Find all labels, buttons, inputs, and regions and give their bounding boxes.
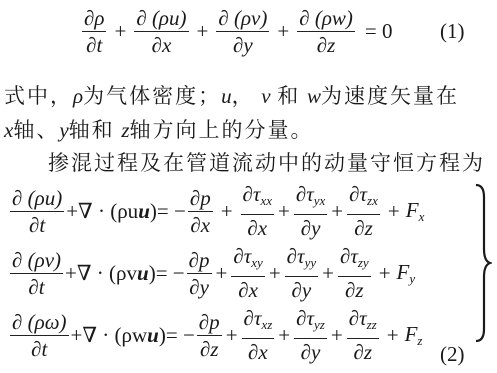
right-brace-icon — [474, 183, 492, 343]
equation-1-rhs: = 0 — [365, 19, 393, 44]
equation-1-label: (1) — [440, 19, 465, 44]
momentum-eq-z: ∂ (ρω)∂t +∇ · (ρwu) = − ∂p∂z + ∂τxz∂x + … — [8, 304, 468, 366]
momentum-eq-y: ∂ (ρv)∂t +∇ · (ρvu) = − ∂p∂y + ∂τxy∂x + … — [8, 242, 468, 304]
momentum-eq-x: ∂ (ρu)∂t +∇ · (ρuu) = − ∂p∂x + ∂τxx∂x + … — [8, 180, 468, 242]
fraction-drhov-dy: ∂ (ρv) ∂y — [216, 6, 269, 57]
paragraph-line-1: 式中，ρ为气体密度；u， v 和 w为速度矢量在 — [4, 80, 459, 112]
equation-2-label: (2) — [440, 342, 465, 367]
paragraph-2: 掺混过程及在管道流动中的动量守恒方程为 — [48, 147, 485, 179]
equation-1: ∂ρ ∂t + ∂ (ρu) ∂x + ∂ (ρv) ∂y + ∂ (ρw) ∂… — [80, 6, 393, 57]
fraction-drhow-dz: ∂ (ρw) ∂z — [297, 6, 355, 57]
equation-2: ∂ (ρu)∂t +∇ · (ρuu) = − ∂p∂x + ∂τxx∂x + … — [8, 180, 468, 366]
fraction-drhou-dx: ∂ (ρu) ∂x — [134, 6, 188, 57]
fraction-drho-dt: ∂ρ ∂t — [82, 6, 106, 57]
paragraph-line-2: x轴、y轴和 z轴方向上的分量。 — [4, 114, 314, 146]
